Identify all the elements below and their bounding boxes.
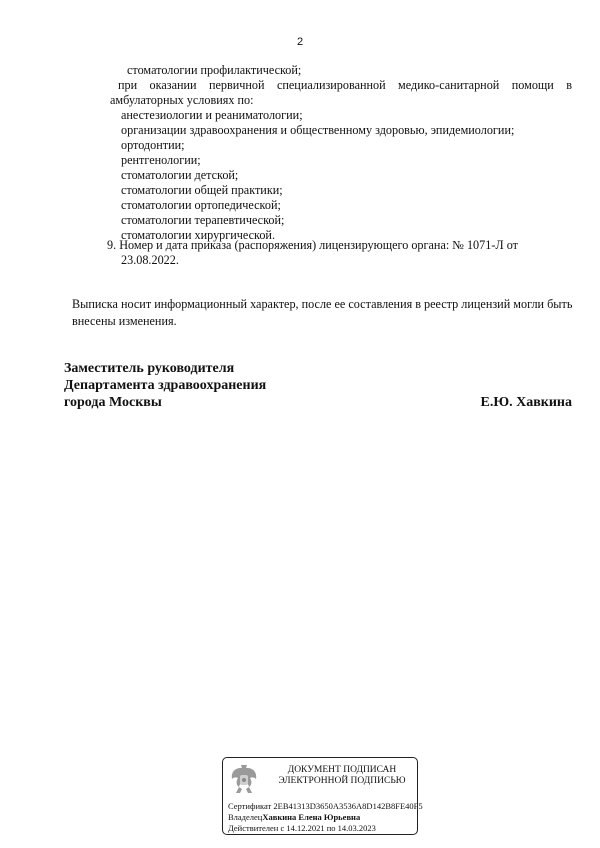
note-line-2: внесены изменения.: [72, 314, 177, 329]
stamp-heading: ДОКУМЕНТ ПОДПИСАН ЭЛЕКТРОННОЙ ПОДПИСЬЮ: [267, 765, 417, 787]
signatory-name: Е.Ю. Хавкина: [481, 394, 572, 412]
signatory-title-line-2: Департамента здравоохранения: [64, 377, 266, 395]
context-line: амбулаторных условиях по:: [110, 93, 254, 108]
list-item: организации здравоохранения и общественн…: [121, 123, 514, 138]
signatory-title-line-3: города Москвы: [64, 394, 162, 412]
note-line-1: Выписка носит информационный характер, п…: [72, 297, 572, 312]
list-item: рентгенологии;: [121, 153, 201, 168]
owner-line: ВладелецХавкина Елена Юрьевна: [228, 812, 360, 822]
page-number: 2: [0, 36, 600, 48]
signatory-title-line-1: Заместитель руководителя: [64, 360, 234, 378]
e-signature-stamp: ДОКУМЕНТ ПОДПИСАН ЭЛЕКТРОННОЙ ПОДПИСЬЮ С…: [222, 757, 418, 835]
section-9-line-1: 9. Номер и дата приказа (распоряжения) л…: [107, 238, 518, 253]
list-item: стоматологии ортопедической;: [121, 198, 281, 213]
list-item: стоматологии общей практики;: [121, 183, 283, 198]
list-item: стоматологии профилактической;: [127, 63, 301, 78]
validity-line: Действителен с 14.12.2021 по 14.03.2023: [228, 823, 376, 833]
list-item: стоматологии детской;: [121, 168, 238, 183]
certificate-line: Сертификат 2EB41313D3650A3536A8D142B8FE4…: [228, 801, 423, 811]
russian-coat-of-arms-icon: [230, 763, 258, 795]
section-9-line-2: 23.08.2022.: [121, 253, 179, 268]
context-line: при оказании первичной специализированно…: [118, 78, 572, 93]
list-item: стоматологии терапевтической;: [121, 213, 284, 228]
list-item: анестезиологии и реаниматологии;: [121, 108, 303, 123]
list-item: ортодонтии;: [121, 138, 185, 153]
